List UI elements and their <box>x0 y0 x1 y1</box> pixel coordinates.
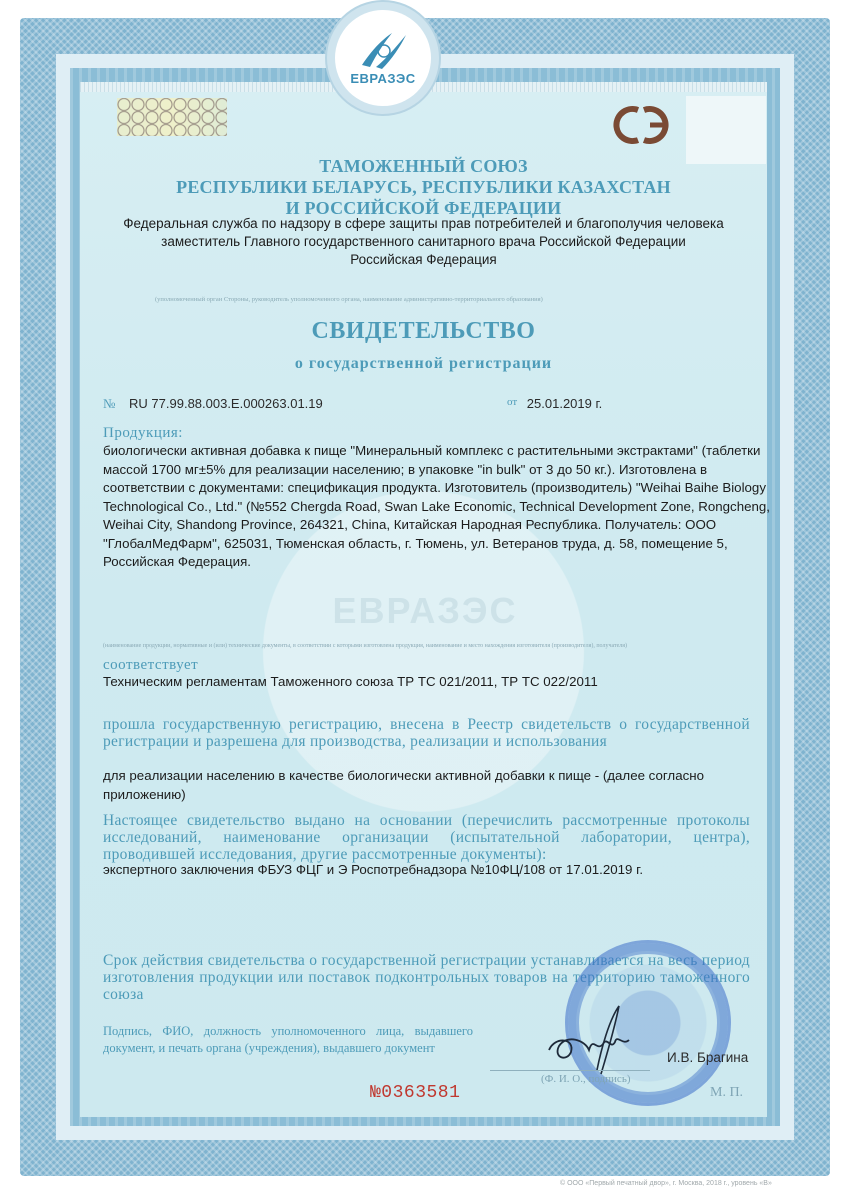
blank-serial-number: №0363581 <box>370 1083 460 1103</box>
product-label: Продукция: <box>103 425 183 442</box>
registration-statement: прошла государственную регистрацию, внес… <box>103 716 750 750</box>
fio-caption: (Ф. И. О., подпись) <box>541 1073 631 1085</box>
emblem-swoosh-icon <box>356 31 410 69</box>
document-subtitle: о государственной регистрации <box>80 355 767 373</box>
customs-union-heading: ТАМОЖЕННЫЙ СОЮЗ РЕСПУБЛИКИ БЕЛАРУСЬ, РЕС… <box>80 156 767 219</box>
technical-regulations: Техническим регламентам Таможенного союз… <box>103 673 771 692</box>
signature-line <box>490 1070 650 1071</box>
eurasec-emblem-icon: ЕВРАЗЭС <box>335 10 431 106</box>
blank-patch <box>686 96 766 164</box>
registration-date: от 25.01.2019 г. <box>507 396 602 411</box>
printer-note: © ООО «Первый печатный двор», г. Москва,… <box>560 1180 772 1187</box>
seal-place-caption: М. П. <box>710 1085 743 1101</box>
se-conformity-mark-icon <box>608 100 678 150</box>
product-description: биологически активная добавка к пище "Ми… <box>103 442 771 572</box>
signature-note: Подпись, ФИО, должность уполномоченного … <box>103 1023 473 1057</box>
hologram-icon <box>117 98 227 136</box>
handwritten-signature-icon <box>545 1000 655 1080</box>
signer-name: И.В. Брагина <box>667 1050 748 1065</box>
issuing-authority: Федеральная служба по надзору в сфере за… <box>80 215 767 269</box>
conformity-label: соответствует <box>103 657 198 674</box>
expert-conclusion: экспертного заключения ФБУЗ ФЦГ и Э Росп… <box>103 861 771 880</box>
product-caption: (наименование продукции, нормативные и (… <box>103 643 627 649</box>
authority-caption: (уполномоченный орган Стороны, руководит… <box>155 296 543 303</box>
registration-number: № RU 77.99.88.003.Е.000263.01.19 <box>103 396 323 412</box>
document-title: СВИДЕТЕЛЬСТВО <box>80 318 767 345</box>
usage-scope: для реализации населению в качестве биол… <box>103 767 743 804</box>
emblem-label: ЕВРАЗЭС <box>350 71 415 86</box>
basis-statement: Настоящее свидетельство выдано на основа… <box>103 812 750 863</box>
